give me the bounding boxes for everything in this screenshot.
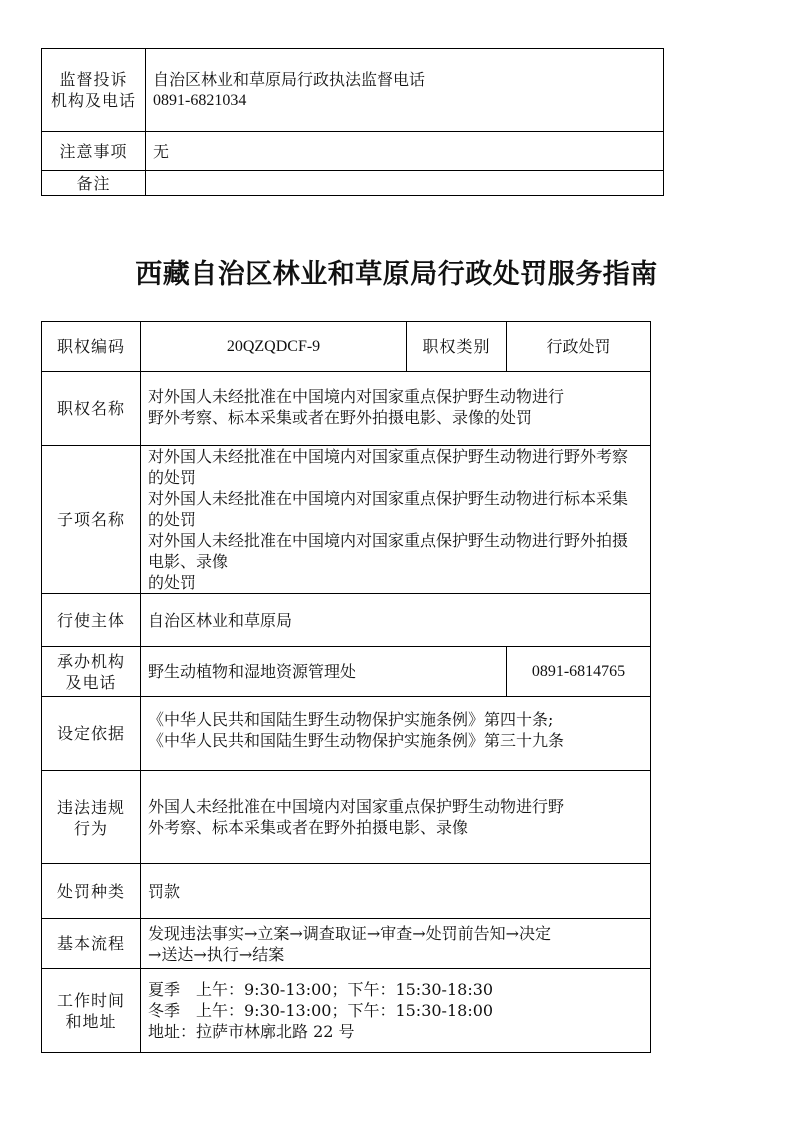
text-line: 外考察、标本采集或者在野外拍摄电影、录像 [148,817,643,838]
row-label: 注意事项 [42,132,146,171]
row-label: 备注 [42,171,146,196]
table-row-code: 职权编码 20QZQDCF-9 职权类别 行政处罚 [42,322,651,372]
row-label: 基本流程 [42,919,141,969]
table-row-sub-items: 子项名称 对外国人未经批准在中国境内对国家重点保护野生动物进行野外考察的处罚 对… [42,446,651,594]
row-label: 违法违规 行为 [42,771,141,864]
complaint-phone: 0891-6821034 [153,90,656,111]
label-line: 承办机构 [46,651,136,672]
row-value [146,171,664,196]
row-label: 处罚种类 [42,864,141,919]
label-line: 行为 [46,818,136,839]
label-line: 和地址 [46,1011,136,1032]
row-label: 设定依据 [42,697,141,771]
basic-process: 发现违法事实→立案→调查取证→审查→处罚前告知→决定 →送达→执行→结案 [141,919,651,969]
handling-org: 野生动植物和湿地资源管理处 [141,647,507,697]
penalty-type: 罚款 [141,864,651,919]
text-line: 对外国人未经批准在中国境内对国家重点保护野生动物进行 [148,386,643,407]
text-line: 《中华人民共和国陆生野生动物保护实施条例》第四十条; [148,709,643,730]
list-item: 对外国人未经批准在中国境内对国家重点保护野生动物进行野外考察的处罚 [148,446,643,488]
text-line: 《中华人民共和国陆生野生动物保护实施条例》第三十九条 [148,730,643,751]
table-row-process: 基本流程 发现违法事实→立案→调查取证→审查→处罚前告知→决定 →送达→执行→结… [42,919,651,969]
winter-hours: 冬季 上午：9:30-13:00；下午：15:30-18:00 [148,1000,643,1021]
table-row-hours: 工作时间 和地址 夏季 上午：9:30-13:00；下午：15:30-18:30… [42,969,651,1053]
table-row-name: 职权名称 对外国人未经批准在中国境内对国家重点保护野生动物进行 野外考察、标本采… [42,372,651,446]
row-label: 行使主体 [42,594,141,647]
text-line: 发现违法事实→立案→调查取证→审查→处罚前告知→决定 [148,923,643,944]
text-line: 外国人未经批准在中国境内对国家重点保护野生动物进行野 [148,796,643,817]
list-item: 的处罚 [148,572,643,593]
legal-basis: 《中华人民共和国陆生野生动物保护实施条例》第四十条; 《中华人民共和国陆生野生动… [141,697,651,771]
text-line: →送达→执行→结案 [148,944,643,965]
label-line: 监督投诉 [46,69,141,90]
list-item: 对外国人未经批准在中国境内对国家重点保护野生动物进行标本采集的处罚 [148,488,643,530]
summer-hours: 夏季 上午：9:30-13:00；下午：15:30-18:30 [148,979,643,1000]
complaint-org: 自治区林业和草原局行政执法监督电话 [153,69,656,90]
table-row-penalty-type: 处罚种类 罚款 [42,864,651,919]
text-line: 野外考察、标本采集或者在野外拍摄电影、录像的处罚 [148,407,643,428]
row-value: 自治区林业和草原局行政执法监督电话 0891-6821034 [146,49,664,132]
list-item: 对外国人未经批准在中国境内对国家重点保护野生动物进行野外拍摄电影、录像 [148,530,643,572]
table-row-complaint: 监督投诉 机构及电话 自治区林业和草原局行政执法监督电话 0891-682103… [42,49,664,132]
violation-description: 外国人未经批准在中国境内对国家重点保护野生动物进行野 外考察、标本采集或者在野外… [141,771,651,864]
label-line: 及电话 [46,672,136,693]
row-label: 子项名称 [42,446,141,594]
row-value: 无 [146,132,664,171]
authority-category: 行政处罚 [507,322,651,372]
authority-code: 20QZQDCF-9 [141,322,407,372]
page-title: 西藏自治区林业和草原局行政处罚服务指南 [0,255,793,295]
authority-name: 对外国人未经批准在中国境内对国家重点保护野生动物进行 野外考察、标本采集或者在野… [141,372,651,446]
label-line: 违法违规 [46,797,136,818]
row-label: 职权编码 [42,322,141,372]
label-line: 工作时间 [46,990,136,1011]
row-label: 工作时间 和地址 [42,969,141,1053]
table-row-subject: 行使主体 自治区林业和草原局 [42,594,651,647]
handling-phone: 0891-6814765 [507,647,651,697]
row-label: 承办机构 及电话 [42,647,141,697]
supervision-table: 监督投诉 机构及电话 自治区林业和草原局行政执法监督电话 0891-682103… [41,48,664,196]
label-line: 机构及电话 [46,90,141,111]
executing-subject: 自治区林业和草原局 [141,594,651,647]
address: 地址：拉萨市林廓北路 22 号 [148,1021,643,1042]
row-label: 监督投诉 机构及电话 [42,49,146,132]
row-label: 职权类别 [407,322,507,372]
hours-and-address: 夏季 上午：9:30-13:00；下午：15:30-18:30 冬季 上午：9:… [141,969,651,1053]
service-guide-table: 职权编码 20QZQDCF-9 职权类别 行政处罚 职权名称 对外国人未经批准在… [41,321,651,1053]
row-label: 职权名称 [42,372,141,446]
table-row-remarks: 备注 [42,171,664,196]
table-row-notes: 注意事项 无 [42,132,664,171]
table-row-handler: 承办机构 及电话 野生动植物和湿地资源管理处 0891-6814765 [42,647,651,697]
table-row-basis: 设定依据 《中华人民共和国陆生野生动物保护实施条例》第四十条; 《中华人民共和国… [42,697,651,771]
table-row-violation: 违法违规 行为 外国人未经批准在中国境内对国家重点保护野生动物进行野 外考察、标… [42,771,651,864]
sub-items-list: 对外国人未经批准在中国境内对国家重点保护野生动物进行野外考察的处罚 对外国人未经… [141,446,651,594]
